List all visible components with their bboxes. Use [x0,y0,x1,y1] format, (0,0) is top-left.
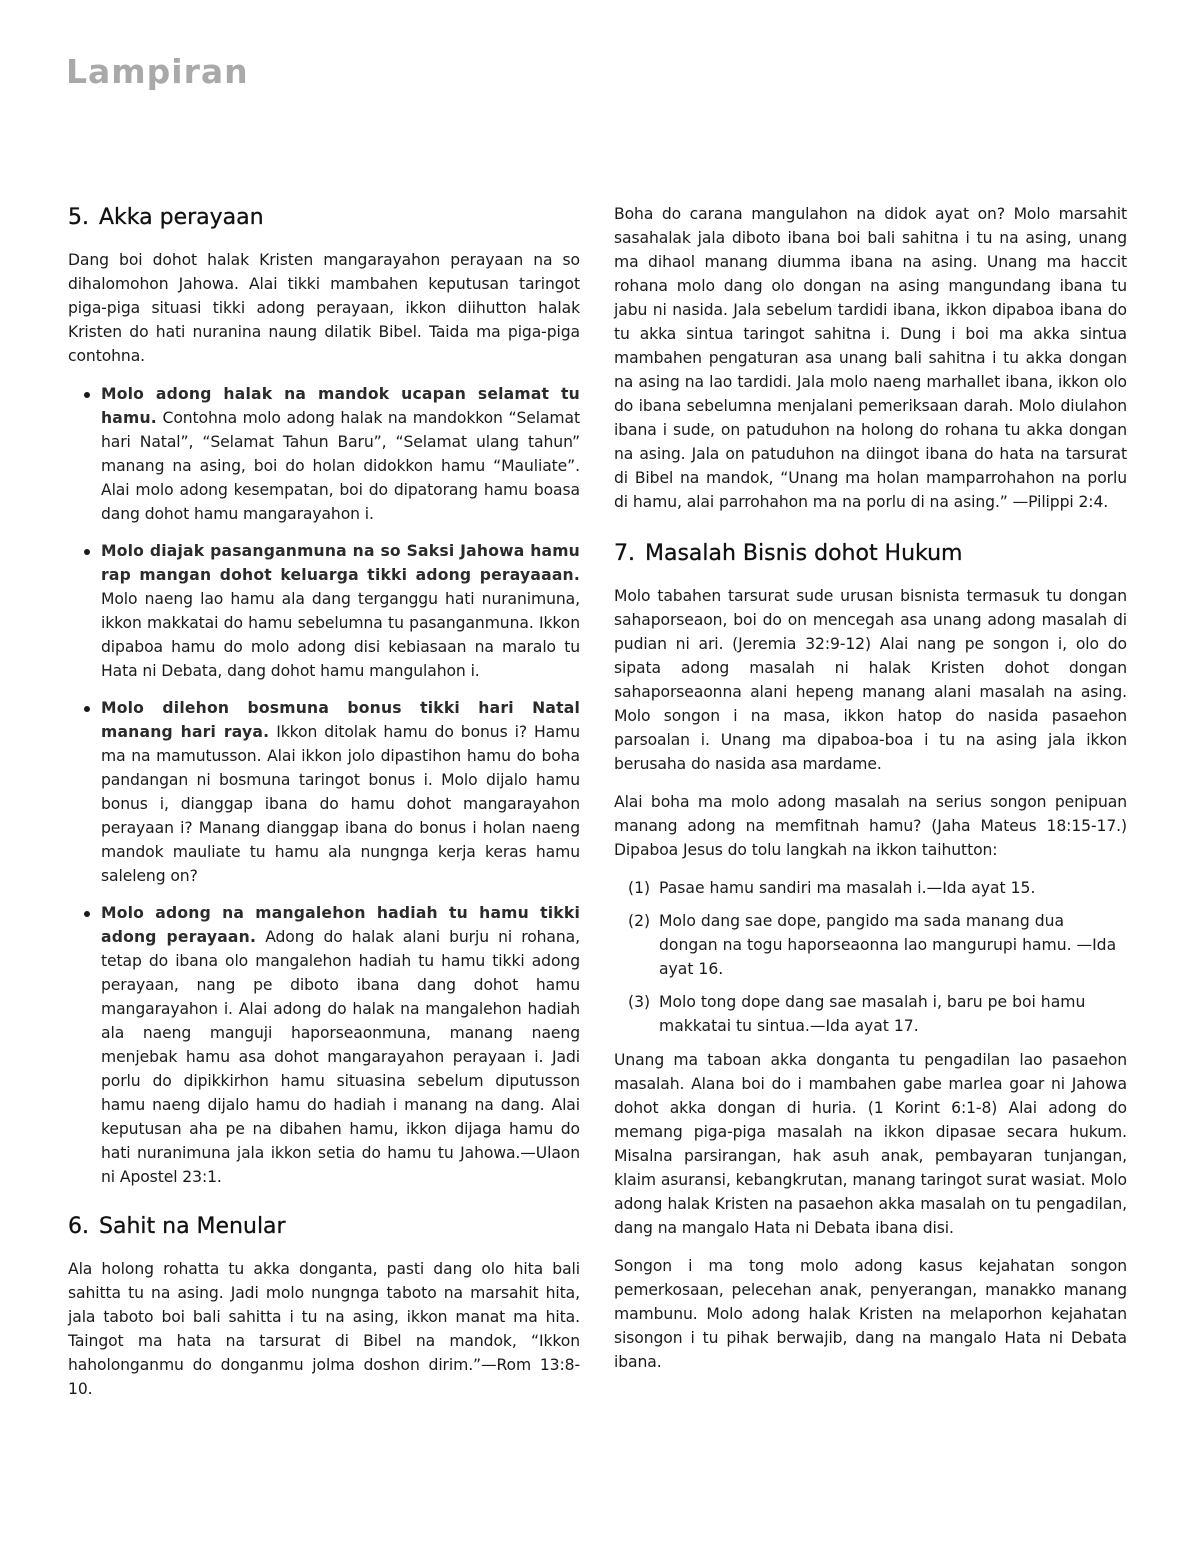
paragraph: Boha do carana mangulahon na didok ayat … [614,202,1127,514]
bullet-item: Molo diajak pasanganmuna na so Saksi Jah… [68,539,580,683]
bullet-dot-icon [84,549,90,555]
section-intro: Dang boi dohot halak Kristen mangarayaho… [68,248,580,368]
bullet-list: Molo adong halak na mandok ucapan selama… [68,382,580,1189]
section-7-business-legal: 7.Masalah Bisnis dohot Hukum Molo tabahe… [614,538,1127,1374]
paragraph: Songon i ma tong molo adong kasus kejaha… [614,1254,1127,1374]
paragraph: Alai boha ma molo adong masalah na seriu… [614,790,1127,862]
paragraph: Ala holong rohatta tu akka donganta, pas… [68,1257,580,1401]
paragraph: Molo tabahen tarsurat sude urusan bisnis… [614,584,1127,776]
section-heading: 7.Masalah Bisnis dohot Hukum [614,538,1127,570]
numbered-steps: (1)Pasae hamu sandiri ma masalah i.—Ida … [614,876,1127,1038]
section-6-contagious-disease: 6.Sahit na Menular Ala holong rohatta tu… [68,1211,580,1401]
step-item: (3)Molo tong dope dang sae masalah i, ba… [614,990,1127,1038]
bullet-item: Molo adong na mangalehon hadiah tu hamu … [68,901,580,1189]
step-item: (1)Pasae hamu sandiri ma masalah i.—Ida … [614,876,1127,900]
section-5-celebrations: 5.Akka perayaan Dang boi dohot halak Kri… [68,202,580,1189]
bullet-item: Molo adong halak na mandok ucapan selama… [68,382,580,526]
paragraph: Unang ma taboan akka donganta tu pengadi… [614,1048,1127,1240]
left-column: 5.Akka perayaan Dang boi dohot halak Kri… [68,202,580,1415]
running-head-title: Lampiran [66,52,249,91]
section-heading: 5.Akka perayaan [68,202,580,234]
bullet-dot-icon [84,706,90,712]
right-column: Boha do carana mangulahon na didok ayat … [614,202,1127,1388]
section-heading: 6.Sahit na Menular [68,1211,580,1243]
bullet-dot-icon [84,392,90,398]
step-item: (2)Molo dang sae dope, pangido ma sada m… [614,909,1127,981]
bullet-dot-icon [84,911,90,917]
bullet-item: Molo dilehon bosmuna bonus tikki hari Na… [68,696,580,888]
